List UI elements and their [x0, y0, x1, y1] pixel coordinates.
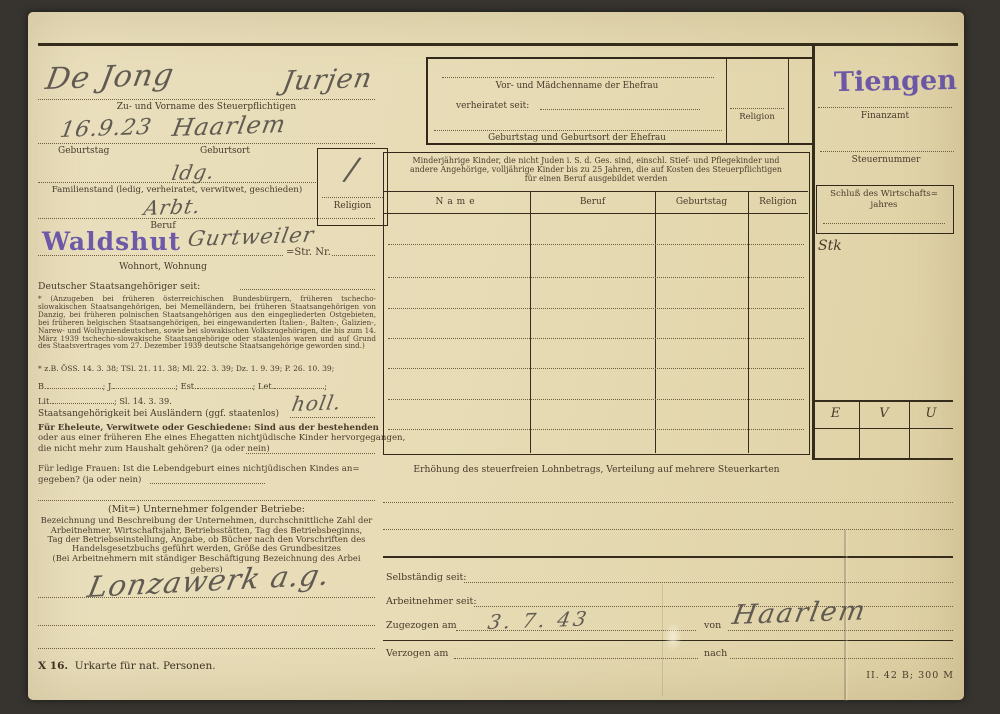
- birth-field-line: [38, 143, 375, 144]
- evu-cell-v: V: [859, 406, 909, 421]
- evu-rule-top: [812, 400, 953, 402]
- form-title: Urkarte für nat. Personen.: [75, 660, 216, 672]
- auslaender-label: Staatsangehörigkeit bei Ausländern (ggf.…: [38, 409, 279, 419]
- geburtsort-label: Geburtsort: [200, 146, 250, 156]
- kinder-row-line: [388, 308, 804, 309]
- wirtschaftsjahr-line: [823, 223, 945, 224]
- religion-label: Religion: [318, 201, 387, 211]
- tax-card: De Jong Jurjen Zu- und Vorname des Steue…: [28, 12, 964, 700]
- religion-line: [322, 197, 383, 198]
- kinder-col-divider-3: [748, 191, 749, 453]
- handwritten-zugezogen-von: Haarlem: [730, 595, 869, 631]
- abbrev-lit: Lit.: [38, 396, 52, 406]
- abbrev-est-line: [197, 379, 253, 389]
- arbeitnehmer-line: [474, 606, 953, 607]
- beruf-line: [38, 218, 375, 219]
- erhoehung-line-1: [383, 502, 953, 503]
- abbrev-row-2: Lit.; Sl. 14. 3. 39.: [38, 394, 172, 406]
- footnote-paragraph: * (Anzugeben bei früheren österreichisch…: [38, 295, 376, 350]
- kinder-row-line: [388, 429, 804, 430]
- zugezogen-rule: [383, 640, 953, 641]
- staatsangehoeriger-line: [240, 289, 375, 290]
- abbrev-sl: ; Sl. 14. 3. 39.: [114, 396, 172, 406]
- staatsangehoeriger-label: Deutscher Staatsangehöriger seit:: [38, 281, 200, 292]
- kinder-col-religion: Religion: [748, 197, 808, 207]
- steuernummer-line: [820, 151, 954, 152]
- wohnort-line-b: [332, 255, 375, 256]
- kinder-col-divider-2: [655, 191, 656, 453]
- wirtschaftsjahr-label-2: jahres: [817, 200, 951, 210]
- eheleute-line-2: oder aus einer früheren Ehe eines Ehegat…: [38, 433, 405, 444]
- ehefrau-name-label: Vor- und Mädchenname der Ehefrau: [428, 81, 726, 91]
- eheleute-lead: Für Eheleute, Verwitwete oder Geschieden…: [38, 423, 379, 433]
- kinder-header-rule-top: [384, 191, 808, 192]
- frauen-answer-line: [150, 483, 265, 484]
- ehefrau-religion-divider-right: [788, 59, 789, 143]
- familienstand-line: [38, 182, 316, 183]
- handwritten-firstname: Jurjen: [280, 63, 375, 97]
- abbrev-dates-line: * z.B. ÖSS. 14. 3. 38; TSl. 21. 11. 38; …: [38, 364, 334, 373]
- name-field-label: Zu- und Vorname des Steuerpflichtigen: [38, 102, 375, 112]
- print-code: II. 42 B; 300 M: [828, 670, 954, 681]
- nach-label: nach: [704, 648, 727, 659]
- evu-cell-e: E: [812, 406, 859, 421]
- employer-line-2: [38, 625, 375, 626]
- frauen-line-1: Für ledige Frauen: Ist die Lebendgeburt …: [38, 464, 360, 475]
- unternehmer-desc-4: Handelsgesetzbuchs geführt werden, Größe…: [38, 543, 375, 554]
- finanzamt-label: Finanzamt: [818, 111, 952, 121]
- handwritten-nationality: holl.: [290, 390, 344, 416]
- ehefrau-religion-label: Religion: [726, 112, 788, 122]
- familienstand-label: Familienstand (ledig, verheiratet, verwi…: [38, 185, 316, 195]
- abbrev-j-line: [113, 379, 175, 389]
- steuernummer-label: Steuernummer: [818, 155, 954, 165]
- kinder-table: Minderjährige Kinder, die nicht Juden i.…: [383, 152, 810, 455]
- wirtschaftsjahr-label-1: Schluß des Wirtschafts=: [817, 189, 951, 199]
- kinder-row-line: [388, 368, 804, 369]
- erhoehung-bottom-rule: [383, 556, 953, 558]
- handwritten-birthdate: 16.9.23: [58, 115, 154, 143]
- kinder-row-line: [388, 277, 804, 278]
- section-separator-line: [38, 500, 375, 501]
- stk-label: Stk: [818, 238, 842, 254]
- ehefrau-religion-divider-left: [726, 59, 727, 143]
- eheleute-line-3: die nicht mehr zum Haushalt gehören? (ja…: [38, 444, 270, 455]
- erhoehung-label: Erhöhung des steuerfreien Lohnbetrags, V…: [383, 464, 810, 475]
- ehefrau-religion-line: [730, 108, 784, 109]
- kinder-row-line: [388, 338, 804, 339]
- verheiratet-line: [540, 109, 700, 110]
- tiengen-stamp: Tiengen: [834, 65, 957, 98]
- verheiratet-label: verheiratet seit:: [456, 101, 529, 111]
- employer-line-1: [38, 597, 375, 598]
- abbrev-est: ; Est.: [175, 381, 196, 391]
- arbeitnehmer-label: Arbeitnehmer seit:: [386, 596, 477, 607]
- von-label: von: [704, 620, 721, 631]
- evu-table: E V U: [812, 400, 953, 460]
- unternehmer-title: (Mit=) Unternehmer folgender Betriebe:: [38, 504, 375, 515]
- kinder-row-line: [388, 244, 804, 245]
- kinder-col-geburtstag: Geburtstag: [655, 197, 748, 207]
- ehefrau-birth-line: [434, 130, 722, 131]
- erhoehung-line-2: [383, 529, 953, 530]
- abbrev-lit-line: [52, 394, 114, 404]
- finanzamt-line: [818, 107, 952, 108]
- eheleute-answer-line: [246, 453, 375, 454]
- abbrev-row-1: B.; J.; Est.; Let.;: [38, 379, 327, 391]
- abbrev-let: ; Let.: [253, 381, 275, 391]
- evu-rule-mid: [812, 428, 953, 429]
- geburtstag-label: Geburtstag: [58, 146, 109, 156]
- abbrev-end: ;: [324, 381, 327, 391]
- kinder-col-name: Name: [384, 197, 530, 207]
- selbstaendig-line: [464, 582, 953, 583]
- paper-wear-spot: [664, 622, 682, 652]
- selbstaendig-label: Selbständig seit:: [386, 572, 467, 583]
- zugezogen-label: Zugezogen am: [386, 620, 457, 631]
- handwritten-surname: De Jong: [43, 58, 177, 97]
- kinder-col-beruf: Beruf: [530, 197, 655, 207]
- ehefrau-name-line: [442, 77, 714, 78]
- verzogen-date-line: [454, 658, 698, 659]
- zugezogen-von-line: [728, 630, 953, 631]
- wohnort-label: Wohnort, Wohnung: [38, 262, 288, 272]
- handwritten-birthplace: Haarlem: [170, 110, 288, 142]
- strnr-label: =Str. Nr.: [286, 247, 331, 258]
- abbrev-let-line: [274, 379, 324, 389]
- evu-cell-u: U: [909, 406, 953, 421]
- ehefrau-birth-label: Geburtstag und Geburtsort der Ehefrau: [428, 133, 726, 143]
- scanned-tax-card-photo: { "card_footer": { "form_number": "X 16.…: [0, 0, 1000, 714]
- bottom-left-line: [38, 648, 375, 649]
- kinder-header-rule-bottom: [384, 213, 808, 214]
- abbrev-b: B.: [38, 381, 47, 391]
- form-number: X 16.: [38, 660, 68, 672]
- kinder-header-2: andere Angehörige, volljährige Kinder bi…: [388, 165, 804, 174]
- handwritten-occupation: Arbt.: [142, 194, 203, 220]
- auslaender-line: [290, 417, 375, 418]
- handwritten-zugezogen-date: 3. 7. 43: [486, 607, 591, 634]
- right-column-divider: [812, 45, 815, 460]
- frauen-line-2: gegeben? (ja oder nein): [38, 475, 141, 486]
- eheleute-line-1: Für Eheleute, Verwitwete oder Geschieden…: [38, 423, 379, 434]
- abbrev-b-line: [47, 379, 103, 389]
- waldshut-stamp: Waldshut: [42, 227, 181, 256]
- verzogen-nach-line: [730, 658, 953, 659]
- verzogen-label: Verzogen am: [386, 648, 448, 659]
- evu-rule-bottom: [812, 458, 953, 460]
- abbrev-j: ; J.: [103, 381, 114, 391]
- form-footer: X 16. Urkarte für nat. Personen.: [38, 660, 216, 672]
- name-field-line: [38, 99, 375, 100]
- kinder-header-1: Minderjährige Kinder, die nicht Juden i.…: [388, 156, 804, 165]
- wohnort-line-a: [38, 255, 283, 256]
- unternehmer-desc-1: Bezeichnung und Beschreibung der Unterne…: [38, 516, 375, 525]
- ehefrau-box: Vor- und Mädchenname der Ehefrau verheir…: [426, 57, 814, 145]
- kinder-row-line: [388, 399, 804, 400]
- top-rule: [38, 43, 958, 46]
- religion-box: / Religion: [317, 148, 388, 226]
- handwritten-religion-mark: /: [344, 149, 361, 188]
- kinder-col-divider-1: [530, 191, 531, 453]
- wirtschaftsjahr-box: Schluß des Wirtschafts= jahres: [816, 185, 954, 234]
- kinder-header-3: für einen Beruf ausgebildet werden: [388, 174, 804, 183]
